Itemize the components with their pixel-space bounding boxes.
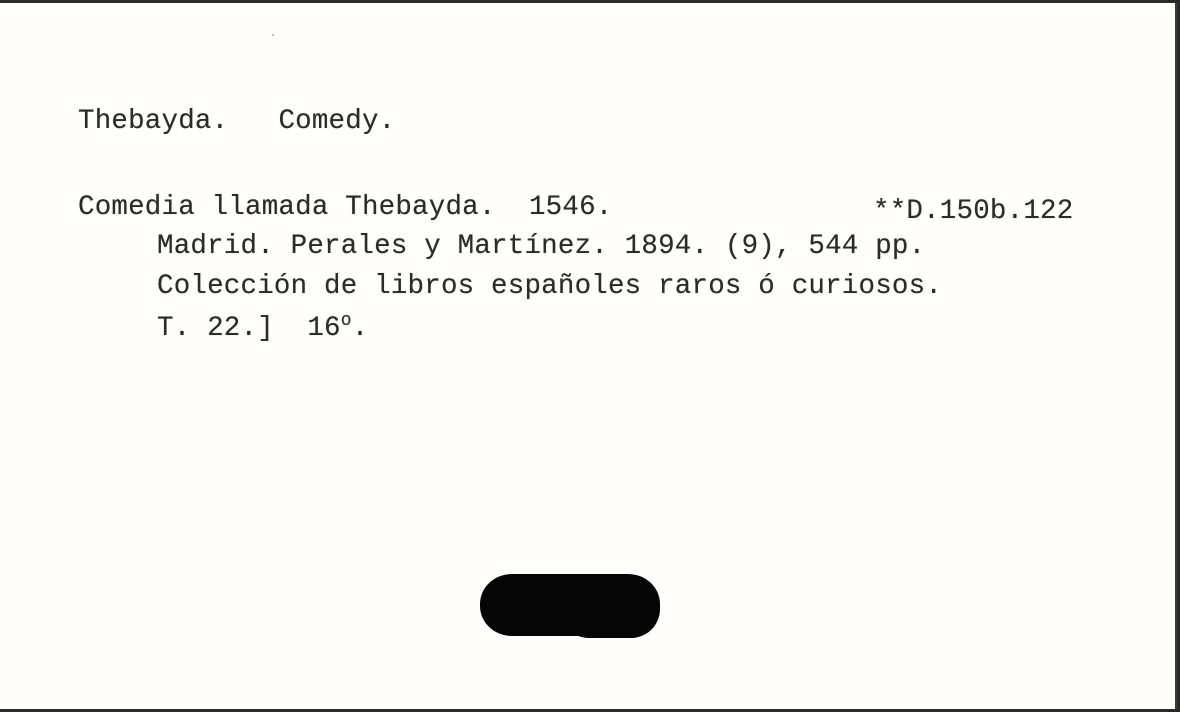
imprint-line: Madrid. Perales y Martínez. 1894. (9), 5… [157,231,925,262]
series-line: Colección de libros españoles raros ó cu… [157,271,942,302]
degree-mark: o [341,311,352,331]
call-number: **D.150b.122 [873,196,1073,227]
volume-text: T. 22.] 16 [157,313,341,344]
redaction-blot [480,574,660,636]
heading-genre: Comedy. [278,106,395,137]
card-heading: Thebayda. Comedy. [78,106,395,137]
heading-title: Thebayda. [78,106,228,137]
paper-speck [272,34,274,36]
volume-period: . [352,313,369,344]
entry-title-line: Comedia llamada Thebayda. 1546. [78,192,613,223]
volume-line: T. 22.] 16o. [157,311,368,344]
catalog-card: Thebayda. Comedy. Comedia llamada Thebay… [0,3,1177,709]
